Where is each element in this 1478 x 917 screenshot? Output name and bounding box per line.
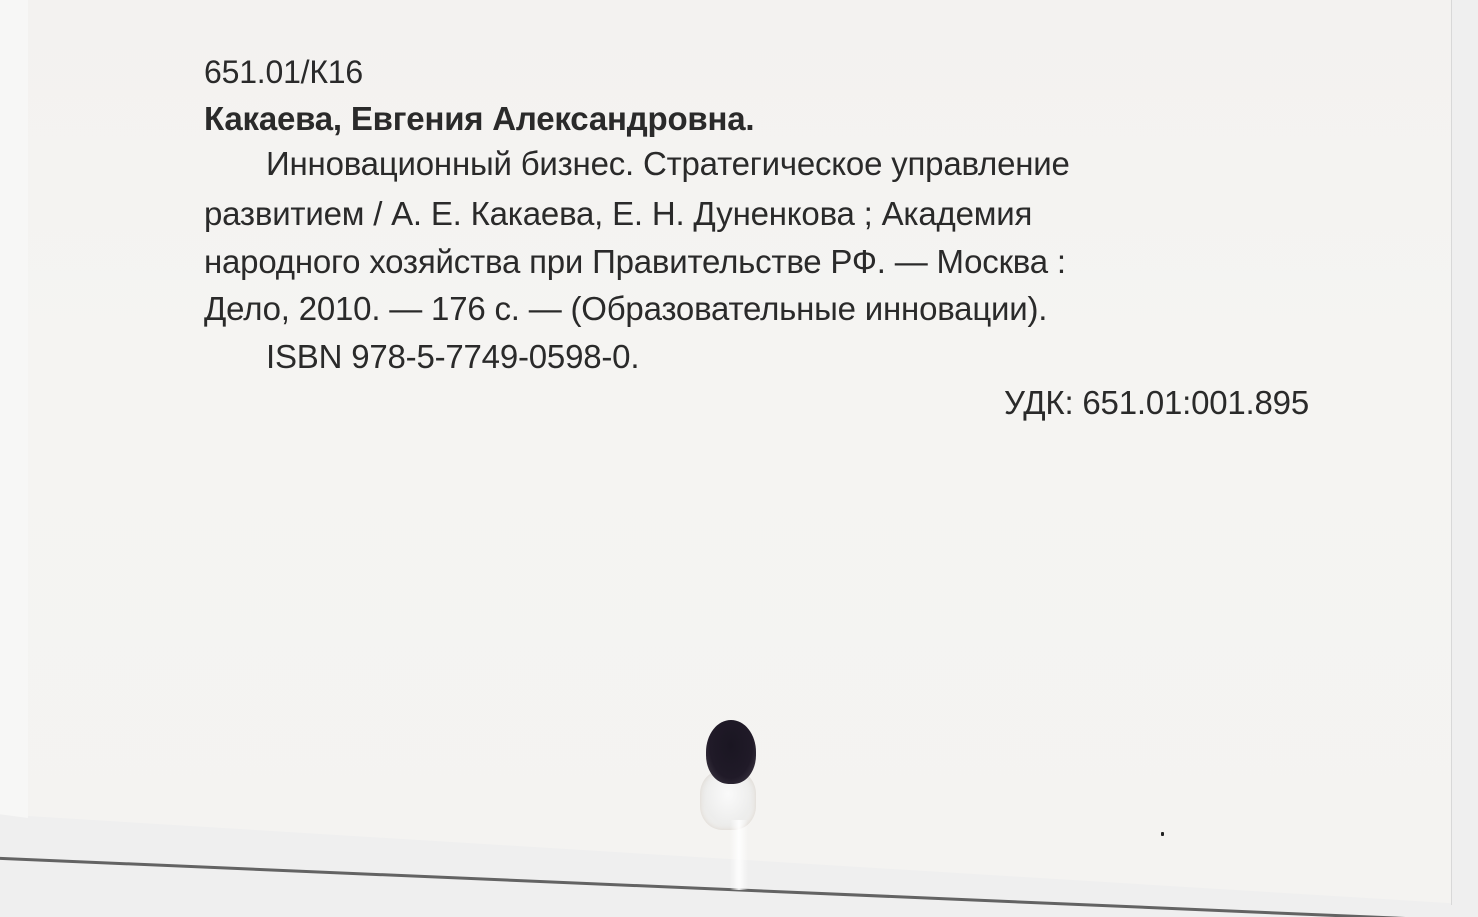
punch-hole-crease	[730, 820, 748, 890]
isbn: ISBN 978-5-7749-0598-0.	[266, 338, 639, 376]
description-line-4: Дело, 2010. — 176 с. — (Образовательные …	[204, 290, 1047, 328]
description-line-2: развитием / А. Е. Какаева, Е. Н. Дуненко…	[204, 195, 1032, 233]
author-heading: Какаева, Евгения Александровна.	[204, 100, 754, 138]
ink-speck	[1161, 832, 1164, 836]
udc-code: УДК: 651.01:001.895	[1004, 384, 1309, 422]
card-right-edge	[1451, 0, 1452, 905]
call-number: 651.01/К16	[204, 54, 363, 91]
description-line-3: народного хозяйства при Правительстве РФ…	[204, 243, 1066, 281]
card-left-margin	[0, 0, 28, 917]
punch-hole	[706, 720, 756, 784]
description-line-1: Инновационный бизнес. Стратегическое упр…	[266, 145, 1070, 183]
scanned-document: 651.01/К16 Какаева, Евгения Александровн…	[0, 0, 1478, 917]
